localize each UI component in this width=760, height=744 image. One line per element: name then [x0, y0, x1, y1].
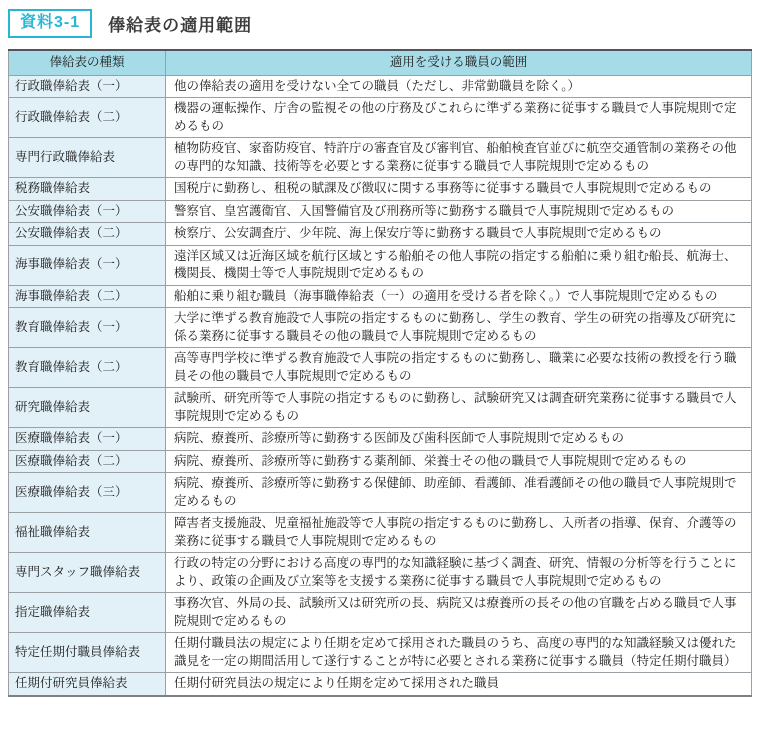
table-row: 海事職俸給表（二） 船舶に乗り組む職員（海事職俸給表（一）の適用を受ける者を除く…: [9, 285, 752, 308]
table-row: 税務職俸給表 国税庁に勤務し、租税の賦課及び徴収に関する事務等に従事する職員で人…: [9, 178, 752, 201]
table-row: 行政職俸給表（一） 他の俸給表の適用を受けない全ての職員（ただし、非常勤職員を除…: [9, 75, 752, 98]
salary-table-type: 公安職俸給表（二）: [9, 223, 166, 246]
salary-table-range: 病院、療養所、診療所等に勤務する医師及び歯科医師で人事院規則で定めるもの: [166, 428, 752, 451]
table-row: 海事職俸給表（一） 遠洋区域又は近海区域を航行区域とする船舶その他人事院の指定す…: [9, 245, 752, 285]
table-row: 教育職俸給表（二） 高等専門学校に準ずる教育施設で人事院の指定するものに勤務し、…: [9, 348, 752, 388]
salary-table-range: 試験所、研究所等で人事院の指定するものに勤務し、試験研究又は調査研究業務に従事す…: [166, 388, 752, 428]
table-row: 医療職俸給表（三） 病院、療養所、診療所等に勤務する保健師、助産師、看護師、准看…: [9, 473, 752, 513]
salary-table-type: 海事職俸給表（二）: [9, 285, 166, 308]
salary-table-range: 遠洋区域又は近海区域を航行区域とする船舶その他人事院の指定する船舶に乗り組む船長…: [166, 245, 752, 285]
salary-table-range: 病院、療養所、診療所等に勤務する薬剤師、栄養士その他の職員で人事院規則で定めるも…: [166, 450, 752, 473]
salary-table-type: 医療職俸給表（二）: [9, 450, 166, 473]
salary-table-body: 行政職俸給表（一） 他の俸給表の適用を受けない全ての職員（ただし、非常勤職員を除…: [9, 75, 752, 696]
salary-table-type: 指定職俸給表: [9, 593, 166, 633]
salary-table-type: 教育職俸給表（二）: [9, 348, 166, 388]
salary-table-range: 事務次官、外局の長、試験所又は研究所の長、病院又は療養所の長その他の官職を占める…: [166, 593, 752, 633]
salary-table-type: 研究職俸給表: [9, 388, 166, 428]
table-row: 行政職俸給表（二） 機器の運転操作、庁舎の監視その他の庁務及びこれらに準ずる業務…: [9, 98, 752, 138]
column-header-range: 適用を受ける職員の範囲: [166, 50, 752, 75]
table-row: 福祉職俸給表 障害者支援施設、児童福祉施設等で人事院の指定するものに勤務し、入所…: [9, 513, 752, 553]
salary-table-type: 福祉職俸給表: [9, 513, 166, 553]
salary-table-head: 俸給表の種類 適用を受ける職員の範囲: [9, 50, 752, 75]
salary-table-type: 公安職俸給表（一）: [9, 200, 166, 223]
salary-table-range: 病院、療養所、診療所等に勤務する保健師、助産師、看護師、准看護師その他の職員で人…: [166, 473, 752, 513]
salary-table-type: 専門行政職俸給表: [9, 138, 166, 178]
table-row: 医療職俸給表（二） 病院、療養所、診療所等に勤務する薬剤師、栄養士その他の職員で…: [9, 450, 752, 473]
salary-table-type: 専門スタッフ職俸給表: [9, 553, 166, 593]
salary-table-type: 海事職俸給表（一）: [9, 245, 166, 285]
document-page: 資料3-1 俸給表の適用範囲 俸給表の種類 適用を受ける職員の範囲 行政職俸給表…: [0, 0, 760, 744]
salary-table-range: 船舶に乗り組む職員（海事職俸給表（一）の適用を受ける者を除く。）で人事院規則で定…: [166, 285, 752, 308]
salary-table: 俸給表の種類 適用を受ける職員の範囲 行政職俸給表（一） 他の俸給表の適用を受け…: [8, 49, 752, 697]
salary-table-range: 警察官、皇宮護衛官、入国警備官及び刑務所等に勤務する職員で人事院規則で定めるもの: [166, 200, 752, 223]
table-row: 専門行政職俸給表 植物防疫官、家畜防疫官、特許庁の審査官及び審判官、船舶検査官並…: [9, 138, 752, 178]
salary-table-type: 教育職俸給表（一）: [9, 308, 166, 348]
salary-table-range: 任期付職員法の規定により任期を定めて採用された職員のうち、高度の専門的な知識経験…: [166, 633, 752, 673]
table-row: 公安職俸給表（二） 検察庁、公安調査庁、少年院、海上保安庁等に勤務する職員で人事…: [9, 223, 752, 246]
page-title: 俸給表の適用範囲: [108, 11, 252, 36]
header-row: 俸給表の種類 適用を受ける職員の範囲: [9, 50, 752, 75]
salary-table-range: 任期付研究員法の規定により任期を定めて採用された職員: [166, 673, 752, 696]
column-header-type: 俸給表の種類: [9, 50, 166, 75]
document-header: 資料3-1 俸給表の適用範囲: [8, 9, 752, 38]
table-row: 指定職俸給表 事務次官、外局の長、試験所又は研究所の長、病院又は療養所の長その他…: [9, 593, 752, 633]
salary-table-range: 検察庁、公安調査庁、少年院、海上保安庁等に勤務する職員で人事院規則で定めるもの: [166, 223, 752, 246]
salary-table-range: 障害者支援施設、児童福祉施設等で人事院の指定するものに勤務し、入所者の指導、保育…: [166, 513, 752, 553]
salary-table-type: 特定任期付職員俸給表: [9, 633, 166, 673]
salary-table-type: 税務職俸給表: [9, 178, 166, 201]
salary-table-range: 国税庁に勤務し、租税の賦課及び徴収に関する事務等に従事する職員で人事院規則で定め…: [166, 178, 752, 201]
material-tag: 資料3-1: [8, 9, 92, 38]
salary-table-type: 行政職俸給表（二）: [9, 98, 166, 138]
salary-table-range: 大学に準ずる教育施設で人事院の指定するものに勤務し、学生の教育、学生の研究の指導…: [166, 308, 752, 348]
salary-table-range: 機器の運転操作、庁舎の監視その他の庁務及びこれらに準ずる業務に従事する職員で人事…: [166, 98, 752, 138]
salary-table-range: 他の俸給表の適用を受けない全ての職員（ただし、非常勤職員を除く。）: [166, 75, 752, 98]
salary-table-range: 行政の特定の分野における高度の専門的な知識経験に基づく調査、研究、情報の分析等を…: [166, 553, 752, 593]
table-row: 研究職俸給表 試験所、研究所等で人事院の指定するものに勤務し、試験研究又は調査研…: [9, 388, 752, 428]
table-row: 医療職俸給表（一） 病院、療養所、診療所等に勤務する医師及び歯科医師で人事院規則…: [9, 428, 752, 451]
salary-table-type: 医療職俸給表（三）: [9, 473, 166, 513]
salary-table-range: 植物防疫官、家畜防疫官、特許庁の審査官及び審判官、船舶検査官並びに航空交通管制の…: [166, 138, 752, 178]
table-row: 教育職俸給表（一） 大学に準ずる教育施設で人事院の指定するものに勤務し、学生の教…: [9, 308, 752, 348]
table-row: 公安職俸給表（一） 警察官、皇宮護衛官、入国警備官及び刑務所等に勤務する職員で人…: [9, 200, 752, 223]
salary-table-range: 高等専門学校に準ずる教育施設で人事院の指定するものに勤務し、職業に必要な技術の教…: [166, 348, 752, 388]
salary-table-type: 医療職俸給表（一）: [9, 428, 166, 451]
table-row: 特定任期付職員俸給表 任期付職員法の規定により任期を定めて採用された職員のうち、…: [9, 633, 752, 673]
table-row: 専門スタッフ職俸給表 行政の特定の分野における高度の専門的な知識経験に基づく調査…: [9, 553, 752, 593]
salary-table-type: 任期付研究員俸給表: [9, 673, 166, 696]
salary-table-type: 行政職俸給表（一）: [9, 75, 166, 98]
table-row: 任期付研究員俸給表 任期付研究員法の規定により任期を定めて採用された職員: [9, 673, 752, 696]
